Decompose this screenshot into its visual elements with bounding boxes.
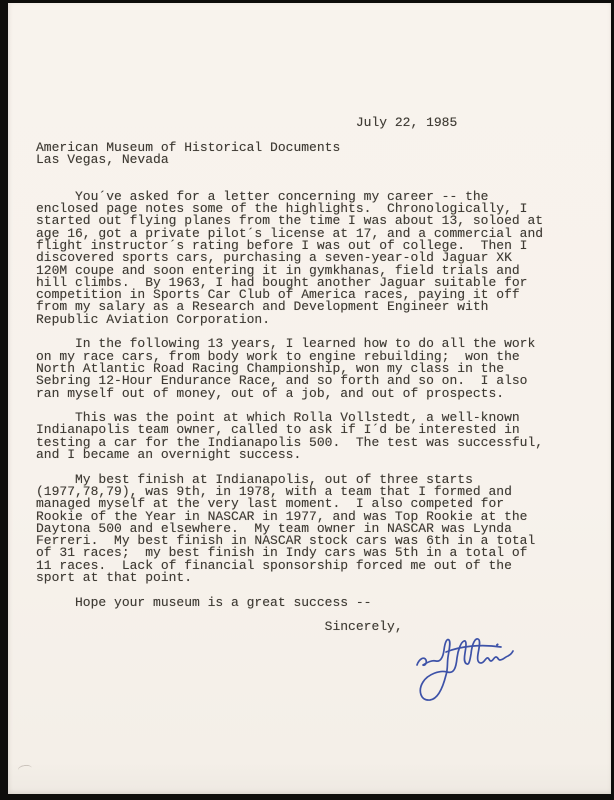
scan-border-frame: July 22, 1985 American Museum of Histori… — [0, 0, 614, 800]
letter-body-text: July 22, 1985 American Museum of Histori… — [36, 117, 543, 633]
paper-smudge-mark — [18, 764, 33, 774]
janet-guthrie-signature — [415, 630, 525, 726]
letter-paper: July 22, 1985 American Museum of Histori… — [8, 3, 611, 794]
